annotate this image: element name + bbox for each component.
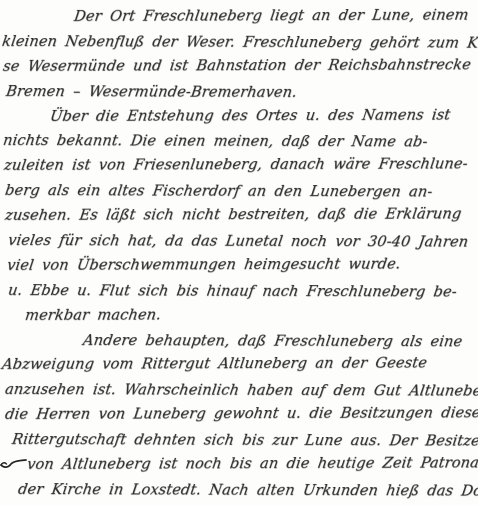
handwritten-line: se Wesermünde und ist Bahnstation der Re…: [1, 53, 478, 80]
handwritten-line: die Herren von Luneberg gewohnt u. die B…: [3, 402, 478, 429]
handwritten-line: von Altluneberg ist noch bis an die heut…: [25, 451, 478, 477]
handwritten-line: Bremen – Wesermünde-Bremerhaven.: [4, 80, 478, 107]
handwritten-line: Abzweigung vom Rittergut Altluneberg an …: [0, 352, 478, 379]
handwritten-line: Der Ort Freschluneberg liegt an der Lune…: [72, 5, 478, 30]
handwritten-line: viel von Überschwemmungen heimgesucht wu…: [5, 252, 478, 279]
handwritten-line: u. Ebbe u. Flut sich bis hinauf nach Fre…: [6, 279, 478, 306]
handwritten-line: Über die Entstehung des Ortes u. des Nam…: [48, 103, 478, 129]
handwritten-line: kleinen Nebenfluß der Weser. Freschluneb…: [0, 30, 478, 57]
handwritten-line: Rittergutschaft dehnten sich bis zur Lun…: [10, 428, 478, 455]
handwritten-line: vieles für sich hat, da das Lunetal noch…: [6, 229, 478, 256]
manuscript-page: Der Ort Freschluneberg liegt an der Lune…: [0, 0, 478, 505]
handwritten-text-block: Der Ort Freschluneberg liegt an der Lune…: [0, 5, 478, 503]
handwritten-line: der Kirche in Loxstedt. Nach alten Urkun…: [16, 478, 478, 503]
handwritten-line: merkbar machen.: [23, 302, 478, 328]
handwritten-line: zuleiten ist von Friesenluneberg, danach…: [2, 153, 478, 180]
handwritten-line: zusehen. Es läßt sich nicht bestreiten, …: [3, 202, 478, 229]
